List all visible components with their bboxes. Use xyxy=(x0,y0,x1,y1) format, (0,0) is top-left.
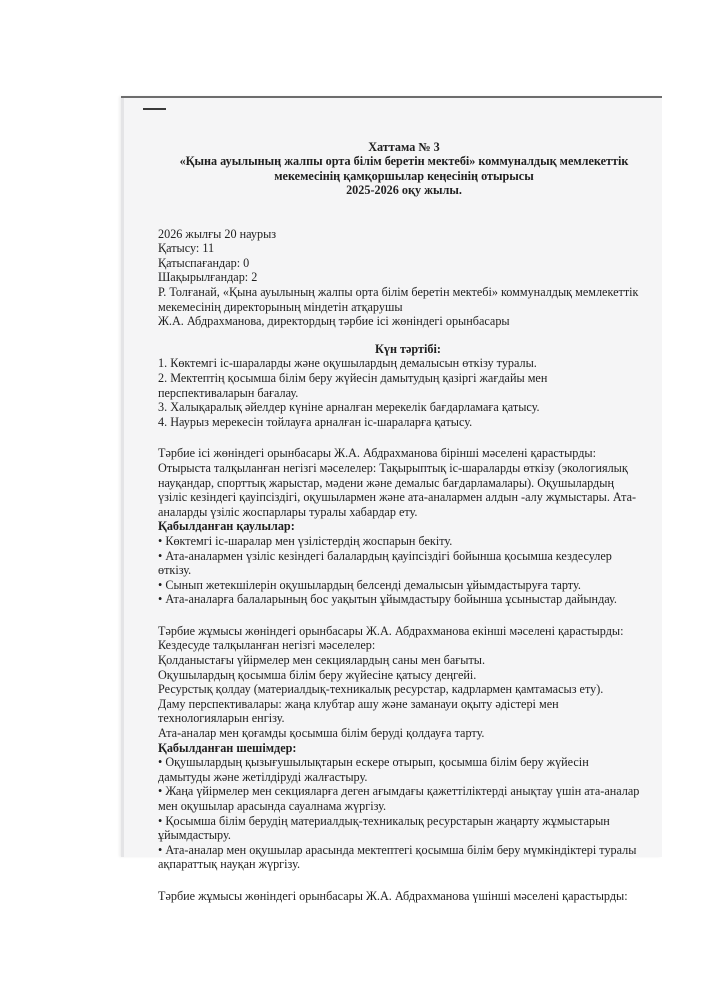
invitee-2: Ж.А. Абдрахманова, директордың тәрбие іс… xyxy=(158,314,658,329)
issue-2-decision: ұйымдастыру. xyxy=(158,828,658,843)
agenda-item: 4. Наурыз мерекесін тойлауға арналған іс… xyxy=(158,415,658,430)
issue-2-decision: • Жаңа үйірмелер мен секцияларға деген а… xyxy=(158,784,658,799)
issue-2-line: Кездесуде талқыланған негізгі мәселелер: xyxy=(158,638,658,653)
attended-count: Қатысу: 11 xyxy=(158,241,658,256)
invitee-1-line-2: мекемесінің директорының міндетін атқару… xyxy=(158,300,658,315)
scanned-page: Хаттама № 3 «Қына ауылының жалпы орта бі… xyxy=(121,96,662,857)
page-edge xyxy=(121,98,124,857)
meeting-date: 2026 жылғы 20 наурыз xyxy=(158,227,658,242)
agenda-item: 2. Мектептің қосымша білім беру жүйесін … xyxy=(158,371,658,386)
header-line-3: 2025-2026 оқу жылы. xyxy=(150,183,658,197)
issue-2-line: Ата-аналар мен қоғамды қосымша білім бер… xyxy=(158,726,658,741)
agenda-title: Күн тәртібі: xyxy=(158,342,658,357)
meeting-meta: 2026 жылғы 20 наурыз Қатысу: 11 Қатыспағ… xyxy=(158,227,658,329)
issue-1-decision: • Көктемгі іс-шаралар мен үзілістердің ж… xyxy=(158,534,658,549)
issue-2-decision: дамытуды және жетілдіруді жалғастыру. xyxy=(158,770,658,785)
issue-2-decision: • Оқушылардың қызығушылықтарын ескере от… xyxy=(158,755,658,770)
issue-2-decision: ақпараттық науқан жүргізу. xyxy=(158,857,658,872)
issue-1-decision: өткізу. xyxy=(158,563,658,578)
issue-1-decision: • Ата-аналарға балаларының бос уақытын ұ… xyxy=(158,592,658,607)
header-line-2: мекемесінің қамқоршылар кеңесінің отырыс… xyxy=(150,169,658,183)
issue-1-line: үзіліс кезіндегі қауіпсіздігі, оқушыларм… xyxy=(158,490,658,505)
issue-1-decisions-title: Қабылданған қаулылар: xyxy=(158,519,658,534)
agenda-item: перспективаларын бағалау. xyxy=(158,386,658,401)
issue-2-section: Тәрбие жұмысы жөніндегі орынбасары Ж.А. … xyxy=(158,624,658,872)
issue-2-line: технологияларын енгізу. xyxy=(158,711,658,726)
issue-2-decision: • Ата-аналар мен оқушылар арасында мекте… xyxy=(158,843,658,858)
issue-1-section: Тәрбие ісі жөніндегі орынбасары Ж.А. Абд… xyxy=(158,446,658,607)
document-header: Хаттама № 3 «Қына ауылының жалпы орта бі… xyxy=(150,140,658,198)
agenda-item: 3. Халықаралық әйелдер күніне арналған м… xyxy=(158,400,658,415)
issue-2-line: Оқушылардың қосымша білім беру жүйесіне … xyxy=(158,668,658,683)
invitee-1-line-1: Р. Толғанай, «Қына ауылының жалпы орта б… xyxy=(158,285,658,300)
issue-2-decisions-title: Қабылданған шешімдер: xyxy=(158,741,658,756)
agenda-item: 1. Көктемгі іс-шараларды және оқушыларды… xyxy=(158,356,658,371)
issue-2-line: Қолданыстағы үйірмелер мен секциялардың … xyxy=(158,653,658,668)
issue-2-line: Ресурстық қолдау (материалдық-техникалық… xyxy=(158,682,658,697)
issue-1-line: Тәрбие ісі жөніндегі орынбасары Ж.А. Абд… xyxy=(158,446,658,461)
document-title: Хаттама № 3 xyxy=(150,140,658,154)
issue-1-decision: • Сынып жетекшілерін оқушылардың белсенд… xyxy=(158,578,658,593)
absent-count: Қатыспағандар: 0 xyxy=(158,256,658,271)
issue-3-line: Тәрбие жұмысы жөніндегі орынбасары Ж.А. … xyxy=(158,889,658,904)
agenda-list: 1. Көктемгі іс-шараларды және оқушыларды… xyxy=(158,356,658,429)
issue-3-section: Тәрбие жұмысы жөніндегі орынбасары Ж.А. … xyxy=(158,889,658,904)
issue-1-decision: • Ата-аналармен үзіліс кезіндегі балалар… xyxy=(158,549,658,564)
document-body: Хаттама № 3 «Қына ауылының жалпы орта бі… xyxy=(158,98,658,904)
issue-1-line: Отырыста талқыланған негізгі мәселелер: … xyxy=(158,461,658,476)
header-line-1: «Қына ауылының жалпы орта білім беретін … xyxy=(150,154,658,168)
issue-2-line: Даму перспективалары: жаңа клубтар ашу ж… xyxy=(158,697,658,712)
issue-2-line: Тәрбие жұмысы жөніндегі орынбасары Ж.А. … xyxy=(158,624,658,639)
issue-2-decision: мен оқушылар арасында сауалнама жүргізу. xyxy=(158,799,658,814)
invited-count: Шақырылғандар: 2 xyxy=(158,270,658,285)
issue-1-line: науқандар, спорттық жарыстар, мәдени жән… xyxy=(158,476,658,491)
issue-1-line: аналарды үзіліс жоспарлары туралы хабард… xyxy=(158,505,658,520)
issue-2-decision: • Қосымша білім берудің материалдық-техн… xyxy=(158,814,658,829)
